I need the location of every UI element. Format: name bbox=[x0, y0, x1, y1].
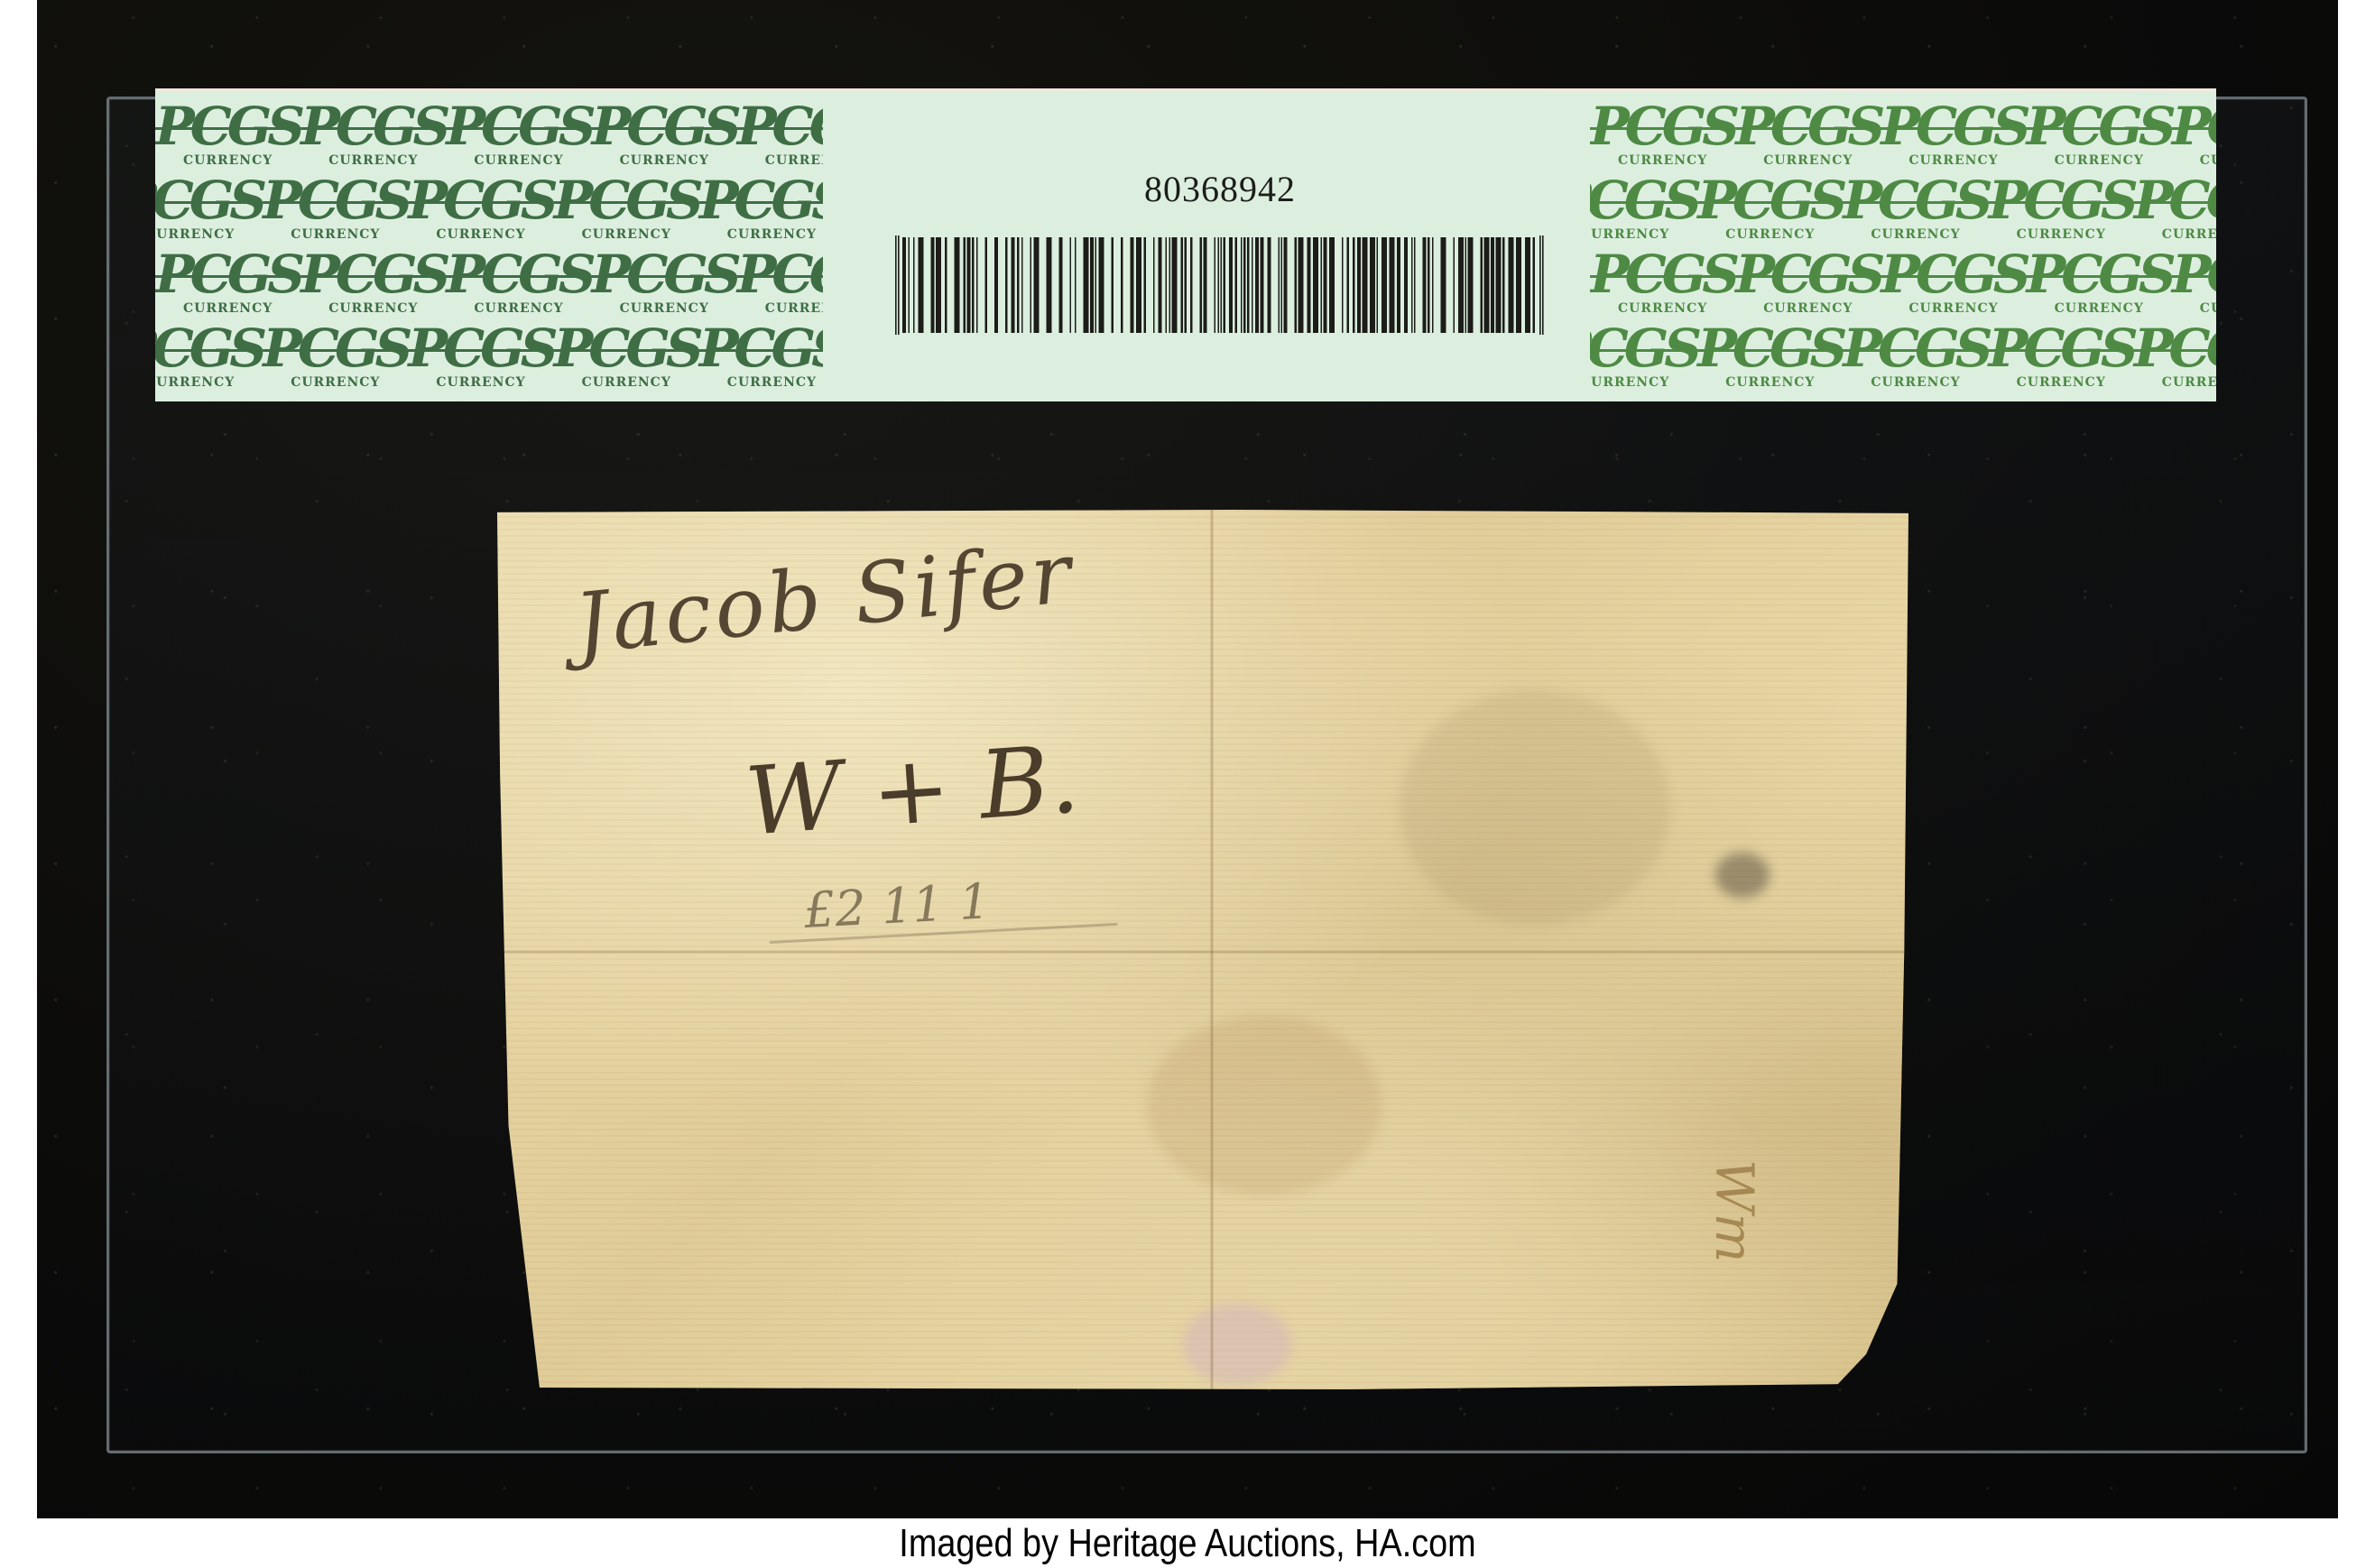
pcgs-logo-subtext: CURRENCY bbox=[765, 302, 823, 315]
pcgs-currency-logo: PCGSCURRENCY bbox=[1735, 97, 1881, 171]
pcgs-logo-subtext: CURRENCY bbox=[1908, 154, 1998, 167]
pcgs-currency-logo: PCGSCURRENCY bbox=[1881, 244, 2026, 318]
pcgs-logo-mark: PCGS bbox=[2172, 100, 2216, 152]
pcgs-label: PCGSCURRENCYPCGSCURRENCYPCGSCURRENCYPCGS… bbox=[155, 88, 2216, 401]
pcgs-logo-subtext: CURRENCY bbox=[436, 376, 525, 389]
pcgs-currency-logo: PCGSCURRENCY bbox=[155, 244, 300, 318]
pcgs-logo-mark: PCGS bbox=[263, 322, 408, 374]
pcgs-currency-logo: PCGSCURRENCY bbox=[300, 97, 446, 171]
pcgs-currency-logo: PCGSCURRENCY bbox=[554, 318, 699, 392]
pcgs-logo-subtext: CURRENCY bbox=[2162, 376, 2216, 389]
pcgs-logo-mark: PCGS bbox=[2134, 322, 2216, 374]
pcgs-logo-subtext: CURRENCY bbox=[1590, 376, 1669, 389]
pcgs-currency-logo: PCGSCURRENCY bbox=[1735, 244, 1881, 318]
pcgs-logo-subtext: CURRENCY bbox=[474, 154, 563, 167]
pcgs-currency-logo: PCGSCURRENCY bbox=[1590, 244, 1735, 318]
pcgs-logo-subtext: CURRENCY bbox=[2200, 154, 2216, 167]
pcgs-logo-mark: PCGS bbox=[155, 100, 300, 152]
pcgs-currency-logo: PCGSCURRENCY bbox=[446, 244, 591, 318]
stain bbox=[1715, 853, 1770, 898]
pcgs-logo-subtext: CURRENCY bbox=[1908, 302, 1998, 315]
pcgs-currency-logo: PCGSCURRENCY bbox=[2172, 97, 2216, 171]
pcgs-logo-mark: PCGS bbox=[1881, 248, 2026, 300]
pcgs-currency-logo: PCGSCURRENCY bbox=[1590, 318, 1697, 392]
pcgs-logo-mark: PCGS bbox=[408, 174, 553, 226]
handwritten-signature: Jacob Sifer bbox=[570, 524, 1079, 673]
pcgs-currency-logo: PCGSCURRENCY bbox=[446, 97, 591, 171]
pcgs-logo-mark: PCGS bbox=[155, 322, 263, 374]
pcgs-logo-subtext: CURRENCY bbox=[328, 154, 418, 167]
pcgs-currency-logo: PCGSCURRENCY bbox=[737, 97, 823, 171]
pcgs-currency-logo: PCGSCURRENCY bbox=[300, 244, 446, 318]
pcgs-logo-subtext: CURRENCY bbox=[620, 154, 709, 167]
pcgs-logo-mark: PCGS bbox=[1735, 248, 1881, 300]
horizontal-fold bbox=[497, 950, 1908, 954]
pcgs-logo-mark: PCGS bbox=[1590, 100, 1735, 152]
pcgs-logo-subtext: CURRENCY bbox=[2017, 376, 2106, 389]
pcgs-logo-subtext: CURRENCY bbox=[1763, 302, 1853, 315]
pcgs-currency-logo: PCGSCURRENCY bbox=[592, 244, 737, 318]
pcgs-logo-subtext: CURRENCY bbox=[1590, 228, 1669, 241]
pcgs-currency-logo: PCGSCURRENCY bbox=[554, 171, 699, 244]
pcgs-currency-logo: PCGSCURRENCY bbox=[263, 318, 408, 392]
pcgs-currency-logo: PCGSCURRENCY bbox=[1989, 318, 2134, 392]
pcgs-currency-logo: PCGSCURRENCY bbox=[1881, 97, 2026, 171]
pcgs-logo-mark: PCGS bbox=[300, 248, 446, 300]
pcgs-currency-logo: PCGSCURRENCY bbox=[737, 244, 823, 318]
pcgs-logo-mark: PCGS bbox=[737, 248, 823, 300]
pcgs-logo-subtext: CURRENCY bbox=[727, 228, 817, 241]
pcgs-logo-mark: PCGS bbox=[554, 322, 699, 374]
pcgs-logo-mark: PCGS bbox=[1989, 322, 2134, 374]
pcgs-logo-mark: PCGS bbox=[2027, 100, 2172, 152]
stain bbox=[1147, 1015, 1382, 1195]
pcgs-currency-logo: PCGSCURRENCY bbox=[1843, 171, 1988, 244]
faint-rotated-signature: Wm bbox=[1704, 1159, 1765, 1263]
pcgs-currency-logo: PCGSCURRENCY bbox=[699, 171, 823, 244]
stain bbox=[1183, 1304, 1291, 1385]
pcgs-logo-subtext: CURRENCY bbox=[291, 228, 380, 241]
pcgs-currency-logo: PCGSCURRENCY bbox=[1843, 318, 1988, 392]
pcgs-logo-subtext: CURRENCY bbox=[582, 228, 671, 241]
pcgs-logo-mark: PCGS bbox=[699, 174, 823, 226]
pcgs-logo-mark: PCGS bbox=[699, 322, 823, 374]
pcgs-logo-mark: PCGS bbox=[2134, 174, 2216, 226]
black-backdrop: PCGSCURRENCYPCGSCURRENCYPCGSCURRENCYPCGS… bbox=[37, 0, 2338, 1518]
pcgs-logo-mark: PCGS bbox=[737, 100, 823, 152]
pcgs-logo-mark: PCGS bbox=[155, 174, 263, 226]
cert-number: 80368942 bbox=[1144, 168, 1296, 210]
banknote-reverse: Jacob Sifer W + B. £2 11 1 Wm bbox=[497, 510, 1908, 1389]
pcgs-currency-logo: PCGSCURRENCY bbox=[408, 318, 553, 392]
pcgs-logo-subtext: CURRENCY bbox=[291, 376, 380, 389]
pcgs-logo-mark: PCGS bbox=[1735, 100, 1881, 152]
pcgs-currency-logo: PCGSCURRENCY bbox=[592, 97, 737, 171]
image-credit-caption: Imaged by Heritage Auctions, HA.com bbox=[166, 1518, 2209, 1568]
pcgs-logo-mark: PCGS bbox=[408, 322, 553, 374]
pcgs-logo-subtext: CURRENCY bbox=[1725, 228, 1815, 241]
pcgs-logo-mark: PCGS bbox=[1590, 248, 1735, 300]
pcgs-logo-subtext: CURRENCY bbox=[1618, 154, 1707, 167]
pcgs-logo-subtext: CURRENCY bbox=[1725, 376, 1815, 389]
pcgs-logo-mark: PCGS bbox=[1843, 322, 1988, 374]
pcgs-logo-mark: PCGS bbox=[155, 248, 300, 300]
stain bbox=[1400, 690, 1670, 925]
pcgs-currency-logo: PCGSCURRENCY bbox=[408, 171, 553, 244]
pcgs-currency-logo: PCGSCURRENCY bbox=[155, 318, 263, 392]
pcgs-logo-subtext: CURRENCY bbox=[2162, 228, 2216, 241]
pcgs-logo-subtext: CURRENCY bbox=[183, 154, 273, 167]
handwritten-initials: W + B. bbox=[742, 724, 1082, 856]
pcgs-logo-subtext: CURRENCY bbox=[727, 376, 817, 389]
pcgs-logo-subtext: CURRENCY bbox=[2017, 228, 2106, 241]
pcgs-logo-mark: PCGS bbox=[1590, 174, 1697, 226]
pcgs-logo-mark: PCGS bbox=[1843, 174, 1988, 226]
pcgs-logo-subtext: CURRENCY bbox=[2055, 302, 2144, 315]
pcgs-currency-logo: PCGSCURRENCY bbox=[155, 171, 263, 244]
pcgs-currency-logo: PCGSCURRENCY bbox=[2134, 171, 2216, 244]
pcgs-logo-mark: PCGS bbox=[1697, 174, 1843, 226]
pcgs-currency-logo: PCGSCURRENCY bbox=[263, 171, 408, 244]
pcgs-currency-logo: PCGSCURRENCY bbox=[2172, 244, 2216, 318]
pcgs-logo-subtext: CURRENCY bbox=[474, 302, 563, 315]
pcgs-currency-logo: PCGSCURRENCY bbox=[2027, 244, 2172, 318]
pcgs-logo-subtext: CURRENCY bbox=[155, 376, 235, 389]
pcgs-currency-logo: PCGSCURRENCY bbox=[1697, 171, 1843, 244]
pcgs-logo-subtext: CURRENCY bbox=[2200, 302, 2216, 315]
pcgs-currency-logo: PCGSCURRENCY bbox=[2134, 318, 2216, 392]
pcgs-logo-mark: PCGS bbox=[592, 248, 737, 300]
pcgs-logo-subtext: CURRENCY bbox=[1763, 154, 1853, 167]
pcgs-logo-pattern-right: PCGSCURRENCYPCGSCURRENCYPCGSCURRENCYPCGS… bbox=[1590, 97, 2216, 394]
handwritten-amount: £2 11 1 bbox=[767, 866, 1118, 944]
pcgs-logo-mark: PCGS bbox=[446, 100, 591, 152]
pcgs-currency-logo: PCGSCURRENCY bbox=[1697, 318, 1843, 392]
pcgs-currency-logo: PCGSCURRENCY bbox=[699, 318, 823, 392]
barcode bbox=[895, 235, 1545, 335]
pcgs-logo-mark: PCGS bbox=[263, 174, 408, 226]
pcgs-logo-subtext: CURRENCY bbox=[436, 228, 525, 241]
pcgs-currency-logo: PCGSCURRENCY bbox=[2027, 97, 2172, 171]
pcgs-logo-mark: PCGS bbox=[1881, 100, 2026, 152]
pcgs-logo-mark: PCGS bbox=[300, 100, 446, 152]
pcgs-logo-subtext: CURRENCY bbox=[1871, 376, 1960, 389]
pcgs-logo-mark: PCGS bbox=[1590, 322, 1697, 374]
pcgs-logo-subtext: CURRENCY bbox=[155, 228, 235, 241]
pcgs-logo-mark: PCGS bbox=[1989, 174, 2134, 226]
pcgs-logo-subtext: CURRENCY bbox=[620, 302, 709, 315]
pcgs-logo-subtext: CURRENCY bbox=[1871, 228, 1960, 241]
pcgs-logo-mark: PCGS bbox=[1697, 322, 1843, 374]
pcgs-logo-subtext: CURRENCY bbox=[582, 376, 671, 389]
pcgs-currency-logo: PCGSCURRENCY bbox=[1590, 97, 1735, 171]
pcgs-logo-mark: PCGS bbox=[446, 248, 591, 300]
pcgs-currency-logo: PCGSCURRENCY bbox=[155, 97, 300, 171]
pcgs-logo-pattern-left: PCGSCURRENCYPCGSCURRENCYPCGSCURRENCYPCGS… bbox=[155, 97, 823, 394]
certification-block: 80368942 bbox=[877, 91, 1563, 398]
pcgs-logo-mark: PCGS bbox=[2027, 248, 2172, 300]
pcgs-logo-subtext: CURRENCY bbox=[1618, 302, 1707, 315]
pcgs-logo-subtext: CURRENCY bbox=[183, 302, 273, 315]
pcgs-logo-subtext: CURRENCY bbox=[328, 302, 418, 315]
pcgs-currency-logo: PCGSCURRENCY bbox=[1590, 171, 1697, 244]
pcgs-logo-subtext: CURRENCY bbox=[2055, 154, 2144, 167]
pcgs-logo-subtext: CURRENCY bbox=[765, 154, 823, 167]
pcgs-logo-mark: PCGS bbox=[592, 100, 737, 152]
pcgs-logo-mark: PCGS bbox=[2172, 248, 2216, 300]
pcgs-logo-mark: PCGS bbox=[554, 174, 699, 226]
pcgs-currency-logo: PCGSCURRENCY bbox=[1989, 171, 2134, 244]
